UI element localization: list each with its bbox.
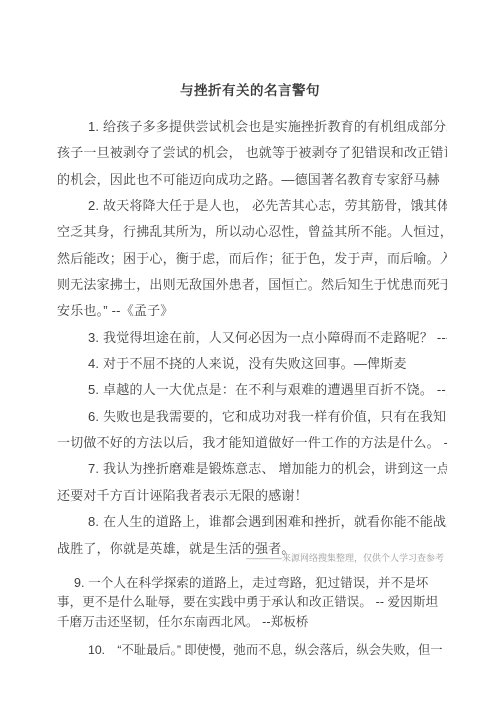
document-page: 与挫折有关的名言警句 1. 给孩子多多提供尝试机会也是实施挫折教育的有机组成部分… — [0, 0, 500, 708]
text-line: 9. 一个人在科学探索的道路上，走过弯路，犯过错误，并不是坏 — [57, 574, 447, 593]
text-line: 孩子一旦被剥夺了尝试的机会， 也就等于被剥夺了犯错误和改正错误 — [57, 140, 447, 166]
section10-text-block: 10. “不耻最后。” 即使慢，弛而不息，纵会落后，纵会失败，但一 — [57, 637, 447, 663]
text-line: 2. 故天将降大任于是人也， 必先苦其心志，劳其筋骨，饿其体肤， — [57, 193, 447, 219]
text-line: 然后能改；困于心，衡于虑，而后作；征于色，发于声，而后喻。入 — [57, 246, 447, 272]
page-title: 与挫折有关的名言警句 — [0, 79, 500, 99]
text-line: 安乐也。” --《孟子》 — [57, 298, 447, 324]
text-line: 3. 我觉得坦途在前，人又何必因为一点小障碍而不走路呢？ --- 鲁迅 — [57, 325, 447, 351]
text-line: 5. 卓越的人一大优点是：在不利与艰难的遭遇里百折不饶。 --贝 多芬 — [57, 377, 447, 403]
source-attribution-note: ————来源网络搜集整理，仅供个人学习查参考 — [246, 551, 444, 564]
text-line: 千磨万击还坚韧，任尔东南西北风。 --郑板桥 — [57, 613, 447, 632]
text-line: 则无法家拂士，出则无敌国外患者，国恒亡。然后知生于忧患而死于 — [57, 272, 447, 298]
text-line: 1. 给孩子多多提供尝试机会也是实施挫折教育的有机组成部分。 — [57, 114, 447, 140]
text-line: 还要对千方百计诬陷我者表示无限的感谢！ — [57, 483, 447, 509]
text-line: 7. 我认为挫折磨难是锻炼意志、 增加能力的机会，讲到这一点，我 — [57, 456, 447, 482]
text-line: 一切做不好的方法以后，我才能知道做好一件工作的方法是什么。 -- 爱迪生 — [57, 430, 447, 456]
text-line: 事，更不是什么耻辱，要在实践中勇于承认和改正错误。 -- 爱因斯坦 — [57, 593, 447, 612]
text-line: 10. “不耻最后。” 即使慢，弛而不息，纵会落后，纵会失败，但一 — [57, 637, 447, 663]
section9-text-block: 9. 一个人在科学探索的道路上，走过弯路，犯过错误，并不是坏 事，更不是什么耻辱… — [57, 574, 447, 632]
text-line: 4. 对于不屈不挠的人来说，没有失败这回事。—俾斯麦 — [57, 351, 447, 377]
text-line: 6. 失败也是我需要的，它和成功对我一样有价值，只有在我知道 — [57, 404, 447, 430]
text-line: 空乏其身，行拂乱其所为，所以动心忍性，曾益其所不能。人恒过， — [57, 219, 447, 245]
text-line: 8. 在人生的道路上，谁都会遇到困难和挫折，就看你能不能战胜它。 — [57, 509, 447, 535]
text-line: 的机会，因此也不可能迈向成功之路。—德国著名教育专家舒马赫 — [57, 167, 447, 193]
main-text-block: 1. 给孩子多多提供尝试机会也是实施挫折教育的有机组成部分。 孩子一旦被剥夺了尝… — [57, 114, 447, 562]
